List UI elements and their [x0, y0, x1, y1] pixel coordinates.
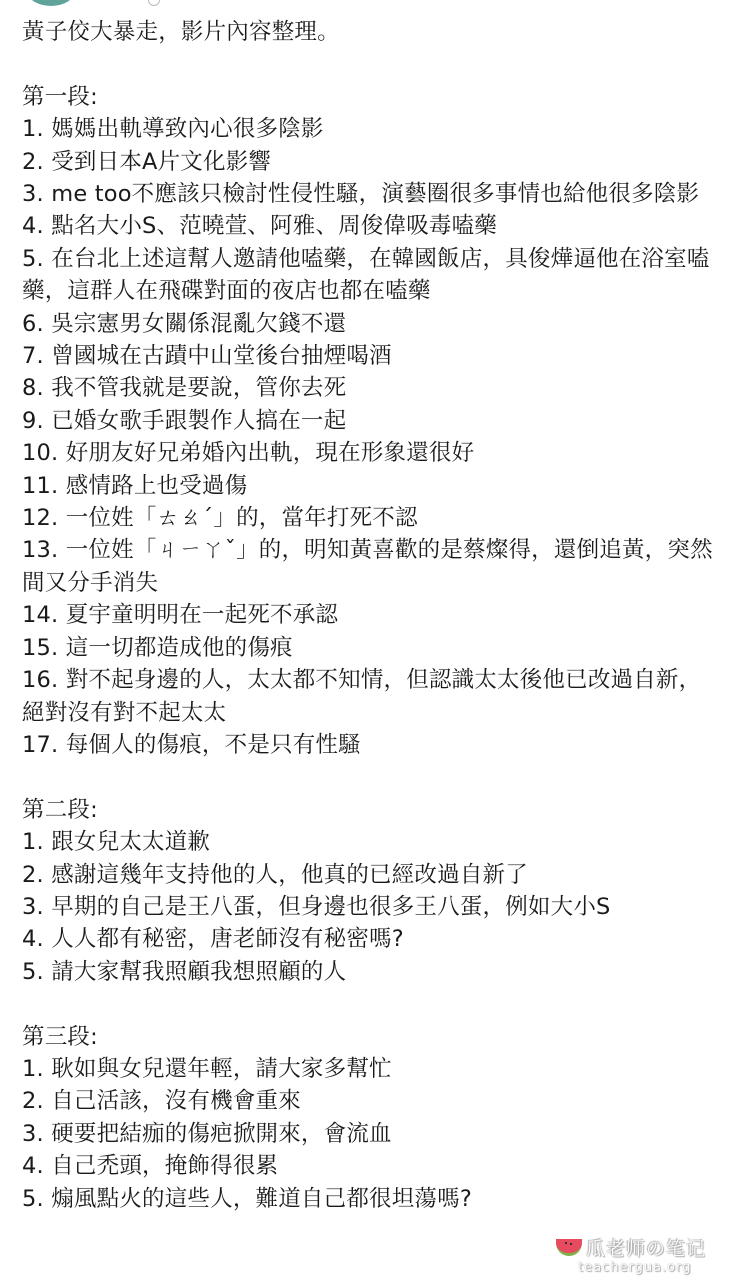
spacer: [22, 988, 722, 1020]
list-item: 17. 每個人的傷痕，不是只有性騷: [22, 729, 722, 761]
list-item: 5. 在台北上述這幫人邀請他嗑藥，在韓國飯店，具俊燁逼他在浴室嗑藥，這群人在飛碟…: [22, 243, 722, 308]
avatar[interactable]: [28, 0, 74, 6]
list-item: 5. 請大家幫我照顧我想照顧的人: [22, 956, 722, 988]
list-item: 1. 耿如與女兒還年輕，請大家多幫忙: [22, 1053, 722, 1085]
section-heading: 第三段:: [22, 1021, 722, 1053]
post-body: 黃子佼大暴走，影片內容整理。 第一段: 1. 媽媽出軌導致內心很多陰影 2. 受…: [22, 16, 722, 1215]
list-item: 4. 人人都有秘密，唐老師沒有秘密嗎?: [22, 923, 722, 955]
list-item: 14. 夏宇童明明在一起死不承認: [22, 599, 722, 631]
list-item: 5. 煽風點火的這些人，難道自己都很坦蕩嗎?: [22, 1183, 722, 1215]
list-item: 9. 已婚女歌手跟製作人搞在一起: [22, 405, 722, 437]
spacer: [22, 48, 722, 80]
list-item: 16. 對不起身邊的人，太太都不知情，但認識太太後他已改過自新，絕對沒有對不起太…: [22, 664, 722, 729]
section-heading: 第一段:: [22, 81, 722, 113]
post-title: 黃子佼大暴走，影片內容整理。: [22, 16, 722, 48]
watermark-text: 瓜老师の笔记: [586, 1234, 706, 1261]
list-item: 3. 硬要把結痂的傷疤掀開來，會流血: [22, 1118, 722, 1150]
list-item: 2. 受到日本A片文化影響: [22, 146, 722, 178]
list-item: 4. 自己禿頭，掩飾得很累: [22, 1150, 722, 1182]
list-item: 12. 一位姓「ㄊㄠˊ」的，當年打死不認: [22, 502, 722, 534]
list-item: 7. 曾國城在古蹟中山堂後台抽煙喝酒: [22, 340, 722, 372]
watermelon-icon: [556, 1239, 582, 1256]
list-item: 11. 感情路上也受過傷: [22, 470, 722, 502]
post-header-cut: [0, 0, 739, 8]
list-item: 6. 吳宗憲男女關係混亂欠錢不還: [22, 308, 722, 340]
list-item: 13. 一位姓「ㄐㄧㄚˇ」的，明知黃喜歡的是蔡燦得，還倒追黃，突然間又分手消失: [22, 534, 722, 599]
watermark-url: teachergua.org: [578, 1260, 691, 1275]
watermark: 瓜老师の笔记: [556, 1234, 706, 1261]
list-item: 3. me too不應該只檢討性侵性騷，演藝圈很多事情也給他很多陰影: [22, 178, 722, 210]
list-item: 2. 感謝這幾年支持他的人，他真的已經改過自新了: [22, 859, 722, 891]
list-item: 3. 早期的自己是王八蛋，但身邊也很多王八蛋，例如大小S: [22, 891, 722, 923]
list-item: 10. 好朋友好兄弟婚內出軌，現在形象還很好: [22, 437, 722, 469]
list-item: 1. 媽媽出軌導致內心很多陰影: [22, 113, 722, 145]
list-item: 8. 我不管我就是要說，管你去死: [22, 372, 722, 404]
list-item: 1. 跟女兒太太道歉: [22, 826, 722, 858]
section-heading: 第二段:: [22, 794, 722, 826]
list-item: 2. 自己活該，沒有機會重來: [22, 1085, 722, 1117]
list-item: 4. 點名大小S、范曉萱、阿雅、周俊偉吸毒嗑藥: [22, 210, 722, 242]
list-item: 15. 這一切都造成他的傷痕: [22, 632, 722, 664]
verified-icon: [148, 0, 160, 6]
spacer: [22, 761, 722, 793]
